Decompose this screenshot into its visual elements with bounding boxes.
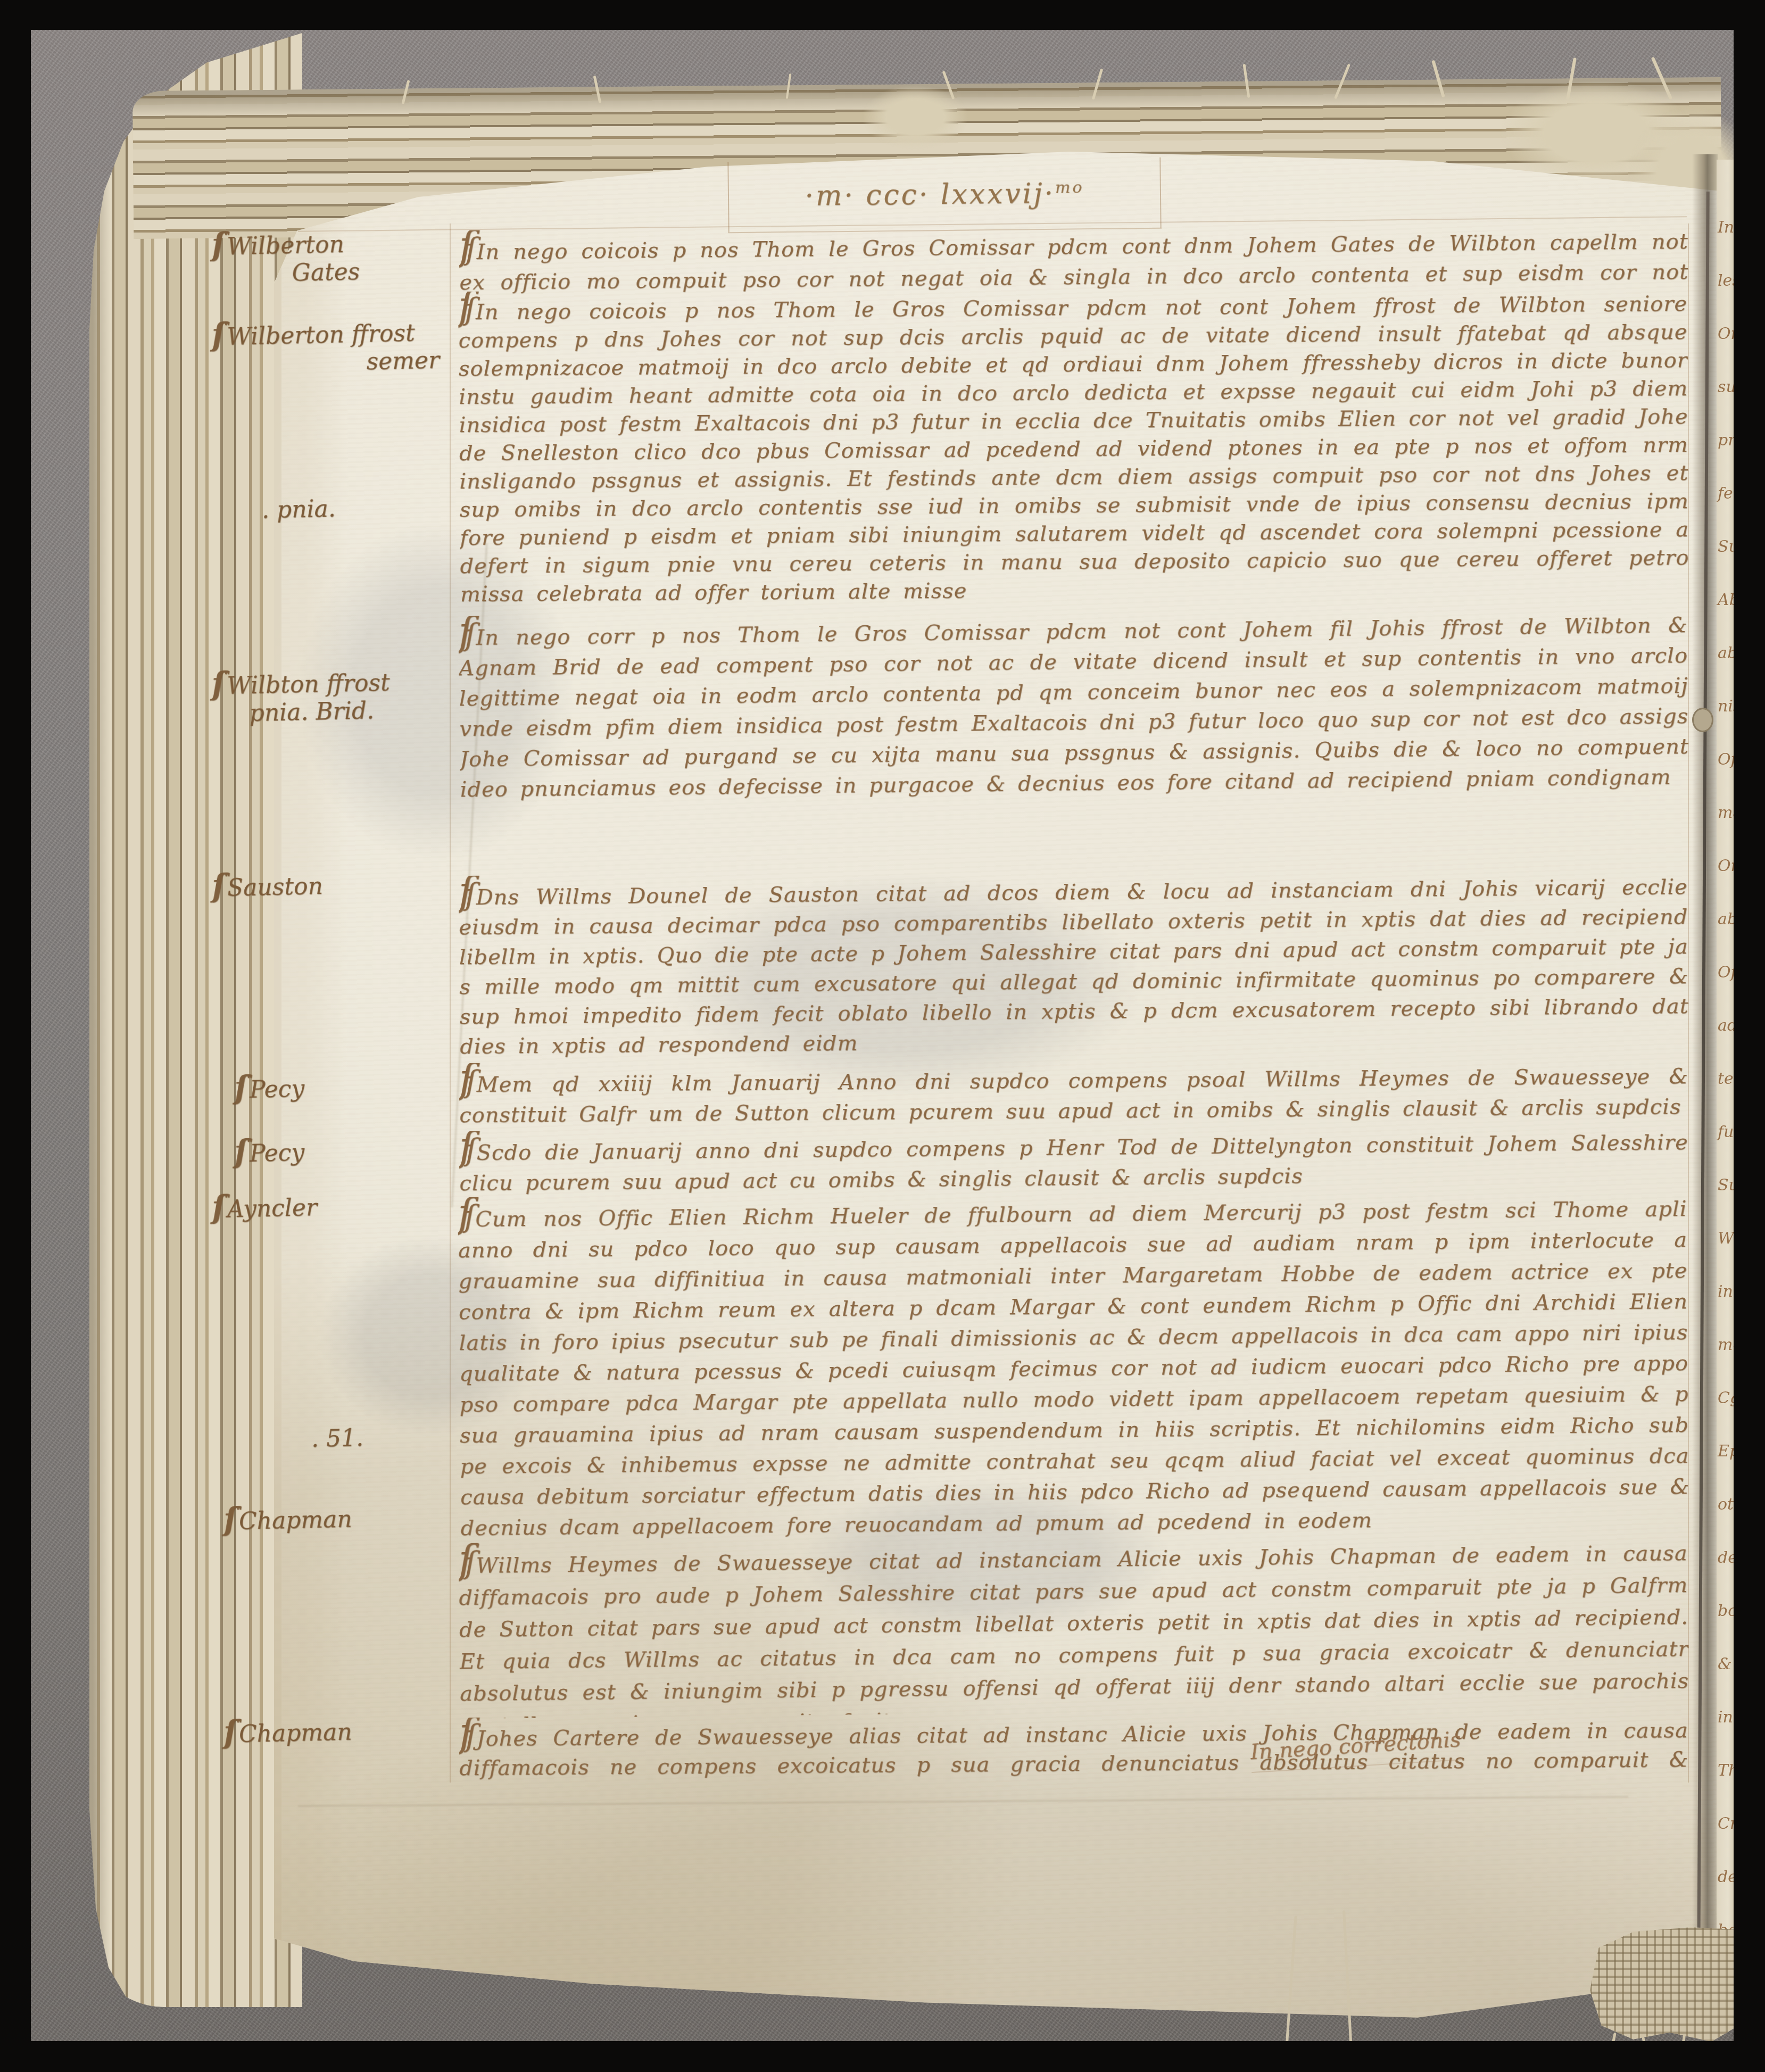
margin-note-line: Wilberton [227,231,344,261]
paragraph-text: Mem qd xxiiij klm Januarij Anno dni supd… [459,1064,1688,1127]
photo-frame-left [0,0,31,2072]
margin-note: ſſWilbertonGates [211,227,360,289]
body-paragraph: ſſIn nego coicois p nos Thom le Gros Com… [459,220,1689,294]
margin-note: ſſPecy [234,1072,304,1105]
paraph-mark-icon: ſſ [458,1199,467,1234]
paragraph-text: Willms Heymes de Swauesseye citat ad ins… [459,1541,1689,1719]
margin-note-line: Wilberton ffrost [227,319,415,350]
paraph-mark-icon: ſſ [234,1069,239,1105]
paraph-mark-icon: ſſ [223,1713,228,1750]
burlap-spine-cloth [1590,1927,1735,2042]
margin-note: ſſWilbton ffrostpnia. Brid. [211,666,391,728]
margin-note: . 51. [311,1424,363,1453]
paragraph-text: In nego coicois p nos Thom le Gros Comis… [458,292,1689,607]
photo-frame-bottom [0,2041,1765,2072]
margin-note: ſſSauston [211,869,323,902]
margin-note: ſſChapman [223,1502,352,1536]
paraph-mark-icon: ſſ [211,316,217,352]
paraph-mark-icon: ſſ [459,1133,468,1167]
margin-note-line: Wilbton ffrost [227,669,390,700]
frayed-tuft [862,85,968,149]
margin-note: ſſPecy [234,1136,304,1168]
margin-note-line: . pnia. [261,495,336,524]
photo-frame-top [0,0,1765,30]
photo-frame-right [1734,0,1765,2072]
margin-note-line: pnia. Brid. [249,697,391,727]
margin-note-line: . 51. [311,1424,363,1453]
margin-note-line: Sauston [227,873,323,902]
body-text: ſſIn nego coicois p nos Thom le Gros Com… [274,148,1721,2029]
margin-note: ſſAyncler [211,1191,317,1224]
margin-note-line: Chapman [238,1718,352,1747]
paragraph-text: In nego corr p nos Thom le Gros Comissar… [459,613,1689,802]
margin-note-line: Gates [292,258,360,287]
paraph-mark-icon: ſſ [223,1501,228,1537]
paraph-mark-icon: ſſ [459,877,468,912]
margin-note-line: Pecy [249,1139,304,1167]
manuscript-photo: ·m· ccc· lxxxvij·mo ſſWilbertonGatesſſWi… [0,0,1765,2072]
paraph-mark-icon: ſſ [211,1189,217,1225]
body-paragraph: ſſIn nego corr p nos Thom le Gros Comiss… [458,603,1689,805]
body-paragraph: ſſScdo die Januarij anno dni supdco comp… [459,1121,1689,1195]
paraph-mark-icon: ſſ [458,1546,467,1580]
paraph-mark-icon: ſſ [234,1133,239,1169]
paraph-mark-icon: ſſ [211,867,217,904]
margin-note-line: Chapman [238,1505,352,1535]
margin-note: ſſWilberton ffrostsemer [211,316,440,379]
margin-note-line: Pecy [249,1075,304,1104]
paraph-mark-icon: ſſ [458,618,467,652]
margin-note-line: Ayncler [227,1194,317,1223]
paragraph-text: Scdo die Januarij anno dni supdco compen… [459,1130,1688,1195]
sewing-knot [1692,708,1713,732]
paragraph-text: Johes Cartere de Swauesseye alias citat … [459,1718,1688,1781]
body-paragraph: ſſWillms Heymes de Swauesseye citat ad i… [458,1530,1689,1719]
paraph-mark-icon: ſſ [211,665,217,701]
margin-note: . pnia. [261,495,336,525]
paraph-mark-icon: ſſ [459,1065,468,1099]
margin-note-line: semer [366,347,440,376]
body-paragraph: ſſIn nego coicois p nos Thom le Gros Com… [458,283,1689,609]
paraph-mark-icon: ſſ [459,1719,468,1753]
body-paragraph: ſſDns Willms Dounel de Sauston citat ad … [459,865,1689,1059]
paraph-mark-icon: ſſ [211,226,217,262]
body-paragraph: ſſCum nos Offic Elien Richm Hueler de ff… [458,1187,1690,1543]
body-paragraph: ſſJohes Cartere de Swauesseye alias cita… [459,1709,1689,1781]
paraph-mark-icon: ſſ [458,292,467,327]
paragraph-text: Cum nos Offic Elien Richm Hueler de fful… [458,1197,1689,1540]
body-paragraph: ſſMem qd xxiiij klm Januarij Anno dni su… [459,1055,1689,1127]
paraph-mark-icon: ſſ [459,232,468,267]
paragraph-text: Dns Willms Dounel de Sauston citat ad dc… [459,875,1689,1059]
margin-note: ſſChapman [223,1715,352,1748]
